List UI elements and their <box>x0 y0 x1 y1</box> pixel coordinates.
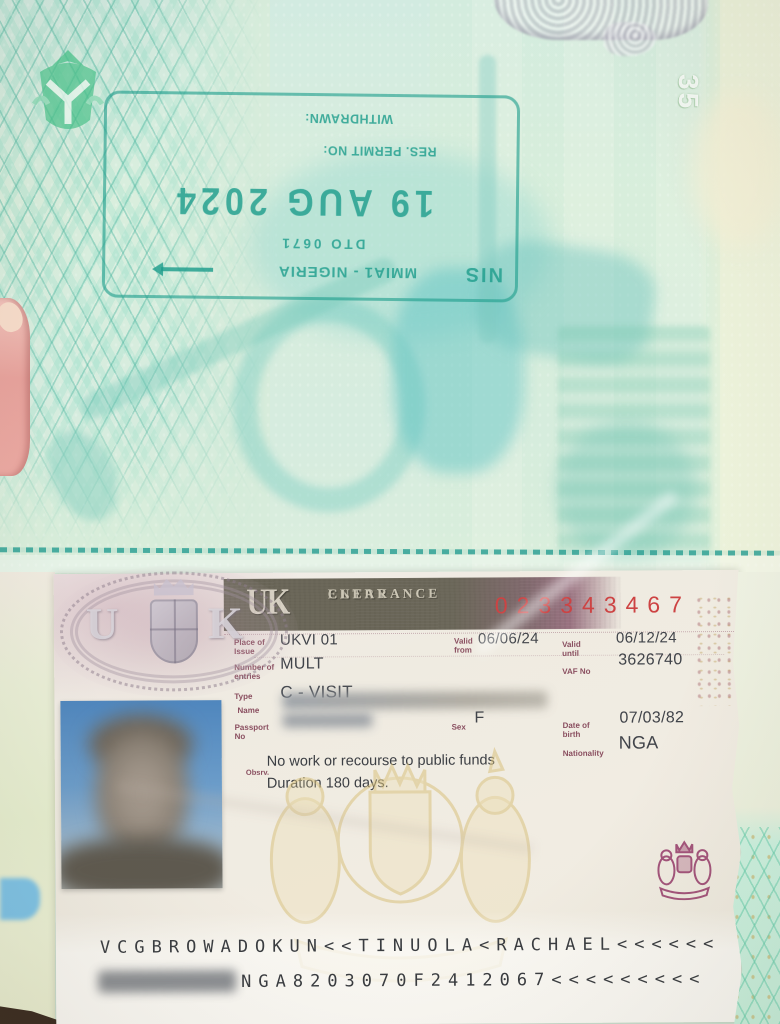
vaf-no-value: 3626740 <box>618 651 682 669</box>
blurred-shoulders <box>60 838 222 889</box>
date-of-birth-label: Date of birth <box>563 722 603 739</box>
background-shadow <box>0 992 58 1024</box>
res-permit-label: RES. PERMIT NO: <box>323 143 437 158</box>
security-speckles <box>694 594 737 706</box>
uk-visa-sticker: UK ENTRY CLEARANCE U K 023343467 Place o… <box>54 570 742 1024</box>
mrz-line2: NGA8203070F2412067<<<<<<<<< <box>241 969 706 992</box>
stamp-date: 19 AUG 2024 <box>138 178 469 226</box>
passport-photograph: 35 NIS MMIA1 - NIGERIA DTO 0671 19 AUG 2… <box>0 0 780 1024</box>
visa-title-line2: CLEARANCE <box>328 586 441 604</box>
redacted-mrz-passport-number <box>98 970 236 993</box>
light-reflection <box>693 92 780 247</box>
valid-until-label: Valid until <box>562 641 592 658</box>
hologram-letter-k: K <box>208 597 243 649</box>
vaf-no-label: VAF No <box>562 668 592 677</box>
entry-stamp: NIS MMIA1 - NIGERIA DTO 0671 19 AUG 2024… <box>102 90 520 302</box>
stamp-port: MMIA1 - NIGERIA <box>278 263 417 282</box>
withdrawn-label: WITHDRAWN: <box>305 111 393 126</box>
finger <box>0 298 30 476</box>
nigeria-coat-of-arms-icon <box>28 44 108 144</box>
blue-pattern-patch <box>0 878 40 920</box>
valid-until-value: 06/12/24 <box>616 629 677 646</box>
visa-title-line1: ENTRY <box>328 586 390 603</box>
mrz-line1: VCGBROWADOKUN<<TINUOLA<RACHAEL<<<<<< <box>100 934 721 958</box>
date-of-birth-value: 07/03/82 <box>619 709 684 727</box>
stamp-port-row: NIS MMIA1 - NIGERIA <box>109 253 505 288</box>
stamp-withdrawn-row: WITHDRAWN: <box>117 109 393 128</box>
nationality-value: NGA <box>619 732 659 753</box>
royal-coat-of-arms-stamp-icon <box>652 836 716 900</box>
lace-fabric <box>494 0 708 40</box>
stamp-code: DTO 0671 <box>279 236 365 252</box>
uk-hologram-icon: U K <box>50 565 299 699</box>
stamp-res-permit-row: RES. PERMIT NO: <box>116 141 436 161</box>
stamp-authority: NIS <box>464 262 504 285</box>
mrz-zone <box>56 910 742 1024</box>
page-number: 35 <box>640 74 704 114</box>
arrow-right-icon <box>161 268 213 272</box>
page-left-edge <box>0 572 55 1024</box>
redacted-name-value <box>282 691 547 710</box>
hologram-letter-u: U <box>86 598 119 650</box>
shield-icon <box>150 599 198 663</box>
